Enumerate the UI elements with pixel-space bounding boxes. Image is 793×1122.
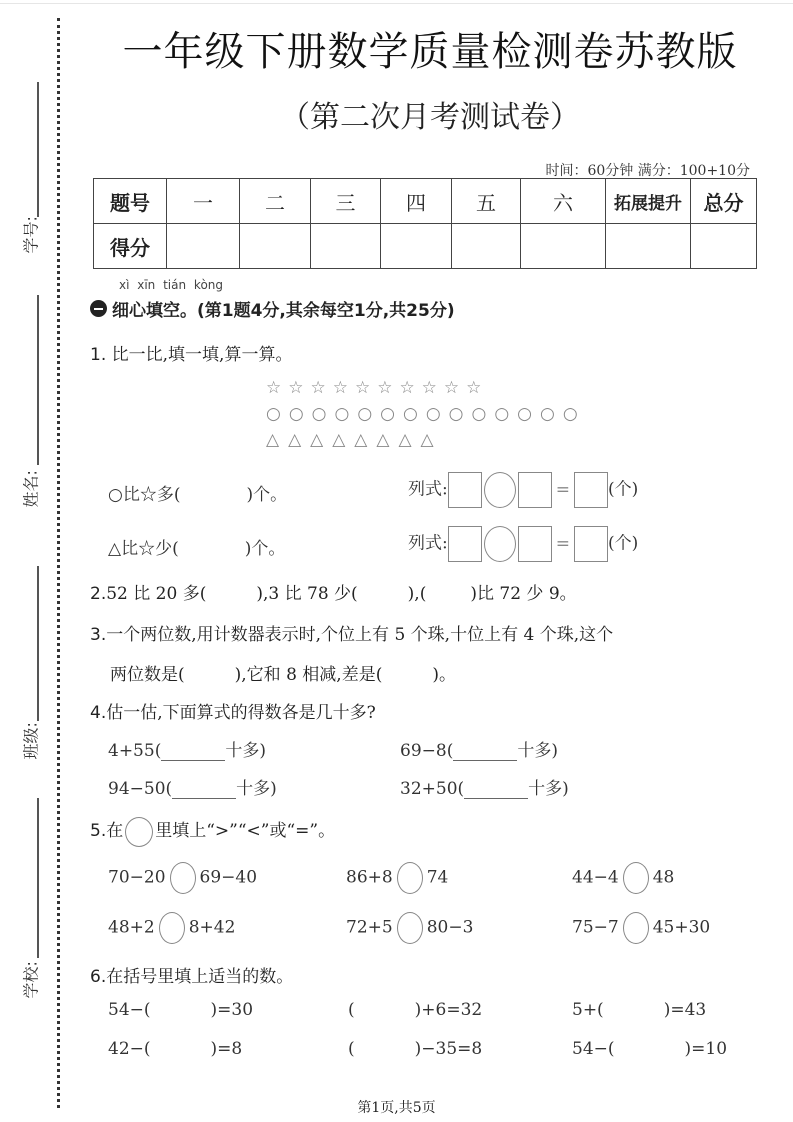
question-text: 估一估,下面算式的得数各是几十多? [106,703,376,723]
q2-part: ),( [408,584,427,604]
q2-part: ),3 比 78 少( [256,584,357,604]
binding-dotted-line [57,18,60,1108]
estimate-item: 69−8(十多) [400,736,558,761]
estimate-item: 94−50(十多) [108,774,277,799]
question-text: 一个两位数,用计数器表示时,个位上有 5 个珠,十位上有 4 个珠,这个 [106,625,613,645]
compare-left: 72+5 [346,918,393,938]
answer-box[interactable] [518,526,552,562]
q1-formula-1: 列式:=(个) [408,472,638,508]
exam-title: 一年级下册数学质量检测卷苏教版 [100,20,760,77]
estimate-expression: 32+50( [400,779,464,799]
score-table: 题号 一 二 三 四 五 六 拓展提升 总分 得分 [93,178,757,269]
question-6: 6.在括号里填上适当的数。 [90,962,293,987]
fill-right: )+6=32 [415,1000,483,1020]
stars-row: ☆☆☆☆☆☆☆☆☆☆ [266,378,488,398]
section-title: 细心填空。(第1题4分,其余每空1分,共25分) [112,296,455,321]
fill-left: 54−( [108,1000,151,1020]
exam-time-and-score: 时间：60分钟 满分：100+10分 [545,160,750,180]
q1-line2-suffix: )个。 [245,539,286,559]
q2-part: 52 比 20 多( [106,584,206,604]
score-input-cell[interactable] [691,224,757,269]
compare-left: 44−4 [572,868,619,888]
equals-sign: = [556,534,570,554]
compare-item: 48+28+42 [108,912,235,944]
name-line [37,295,39,465]
question-text: 比一比,填一填,算一算。 [112,345,293,365]
compare-right: 8+42 [189,918,236,938]
fill-left: 54−( [572,1039,615,1059]
compare-right: 74 [427,868,449,888]
estimate-suffix: 十多) [236,779,277,799]
estimate-suffix: 十多) [225,741,266,761]
estimate-expression: 4+55( [108,741,161,761]
answer-box[interactable] [448,472,482,508]
score-input-cell[interactable] [452,224,521,269]
estimate-item: 4+55(十多) [108,736,266,761]
score-input-cell[interactable] [311,224,381,269]
question-number: 4. [90,703,106,723]
estimate-expression: 69−8( [400,741,453,761]
class-line [37,566,39,721]
q1-line-1: ○比☆多()个。 [108,480,287,505]
answer-blank[interactable] [453,744,517,761]
fill-right: )=8 [211,1039,243,1059]
question-number: 3. [90,625,106,645]
question-text: 里填上“>”“<”或“=”。 [155,821,335,841]
page-top-border [0,3,793,4]
compare-left: 48+2 [108,918,155,938]
fill-item: ()−35=8 [348,1039,482,1059]
score-input-cell[interactable] [521,224,606,269]
estimate-suffix: 十多) [528,779,569,799]
estimate-suffix: 十多) [517,741,558,761]
score-header-cell: 二 [240,179,311,224]
q3-part: 两位数是( [110,665,185,685]
question-number: 2. [90,584,106,604]
answer-blank[interactable] [161,744,225,761]
circles-row: ○○○○○○○○○○○○○○ [266,404,586,424]
compare-item: 72+580−3 [346,912,473,944]
circle-placeholder-icon [125,817,153,847]
fill-item: 54−()=10 [572,1039,727,1059]
estimate-expression: 94−50( [108,779,172,799]
compare-circle[interactable] [170,862,196,894]
student-id-line [37,82,39,217]
operator-circle[interactable] [484,526,516,562]
answer-box[interactable] [518,472,552,508]
school-line [37,798,39,958]
q1-line1-prefix: ○比☆多( [108,485,180,505]
estimate-item: 32+50(十多) [400,774,569,799]
question-1: 1. 比一比,填一填,算一算。 [90,340,292,365]
score-header-cell: 题号 [94,179,167,224]
q3-part: ),它和 8 相减,差是( [235,665,383,685]
fill-left: ( [348,1000,355,1020]
question-4: 4.估一估,下面算式的得数各是几十多? [90,698,376,723]
fill-left: 5+( [572,1000,604,1020]
compare-right: 80−3 [427,918,474,938]
compare-right: 69−40 [200,868,258,888]
fill-item: 54−()=30 [108,1000,253,1020]
question-number: 5. [90,821,106,841]
compare-left: 75−7 [572,918,619,938]
q3-part: )。 [432,665,456,685]
school-label: 学校: [19,975,42,999]
compare-right: 45+30 [653,918,711,938]
fill-right: )=43 [664,1000,707,1020]
score-table-header-row: 题号 一 二 三 四 五 六 拓展提升 总分 [94,179,757,224]
fill-right: )=30 [211,1000,254,1020]
compare-item: 44−448 [572,862,674,894]
fill-right: )=10 [685,1039,728,1059]
answer-blank[interactable] [172,782,236,799]
question-3: 3.一个两位数,用计数器表示时,个位上有 5 个珠,十位上有 4 个珠,这个 [90,620,613,645]
formula-label: 列式: [408,534,448,554]
fill-left: 42−( [108,1039,151,1059]
compare-circle[interactable] [397,862,423,894]
triangles-row: △△△△△△△△ [266,430,443,450]
fill-right: )−35=8 [415,1039,483,1059]
exam-subtitle: （第二次月考测试卷） [100,92,760,136]
score-row-label: 得分 [94,224,167,269]
compare-item: 70−2069−40 [108,862,257,894]
compare-circle[interactable] [397,912,423,944]
score-input-cell[interactable] [381,224,452,269]
score-input-cell[interactable] [167,224,240,269]
compare-item: 75−745+30 [572,912,710,944]
answer-blank[interactable] [464,782,528,799]
q1-formula-2: 列式:=(个) [408,526,638,562]
score-header-cell: 总分 [691,179,757,224]
question-5: 5.在里填上“>”“<”或“=”。 [90,816,335,847]
fill-item: ()+6=32 [348,1000,482,1020]
score-table-score-row: 得分 [94,224,757,269]
operator-circle[interactable] [484,472,516,508]
compare-left: 70−20 [108,868,166,888]
question-number: 6. [90,967,106,987]
unit-label: (个) [608,480,638,500]
q1-line2-prefix: △比☆少( [108,539,179,559]
compare-circle[interactable] [623,912,649,944]
score-header-cell: 五 [452,179,521,224]
question-3-line-2: 两位数是(),它和 8 相减,差是()。 [110,660,456,685]
score-header-cell: 拓展提升 [606,179,691,224]
question-text: 在括号里填上适当的数。 [106,967,293,987]
score-header-cell: 三 [311,179,381,224]
fill-item: 42−()=8 [108,1039,242,1059]
question-text: 在 [106,821,123,841]
student-id-label: 学号: [19,230,42,254]
answer-box[interactable] [448,526,482,562]
section-number-one-icon [90,300,107,317]
section-pinyin: xì xīn tián kòng [119,278,223,292]
name-label: 姓名: [19,484,42,508]
fill-item: 5+()=43 [572,1000,706,1020]
compare-circle[interactable] [159,912,185,944]
equals-sign: = [556,480,570,500]
unit-label: (个) [608,534,638,554]
formula-label: 列式: [408,480,448,500]
question-2: 2.52 比 20 多(),3 比 78 少(),()比 72 少 9。 [90,579,577,604]
section-heading: 细心填空。(第1题4分,其余每空1分,共25分) [90,296,455,321]
score-input-cell[interactable] [240,224,311,269]
score-header-cell: 六 [521,179,606,224]
q1-line1-suffix: )个。 [246,485,287,505]
score-header-cell: 四 [381,179,452,224]
answer-box[interactable] [574,526,608,562]
page-number: 第1页,共5页 [0,1097,793,1117]
score-input-cell[interactable] [606,224,691,269]
score-header-cell: 一 [167,179,240,224]
compare-circle[interactable] [623,862,649,894]
compare-left: 86+8 [346,868,393,888]
fill-left: ( [348,1039,355,1059]
compare-item: 86+874 [346,862,448,894]
answer-box[interactable] [574,472,608,508]
q1-line-2: △比☆少()个。 [108,534,285,559]
class-label: 班级: [19,736,42,760]
compare-right: 48 [653,868,675,888]
q2-part: )比 72 少 9。 [470,584,576,604]
question-number: 1. [90,345,106,365]
